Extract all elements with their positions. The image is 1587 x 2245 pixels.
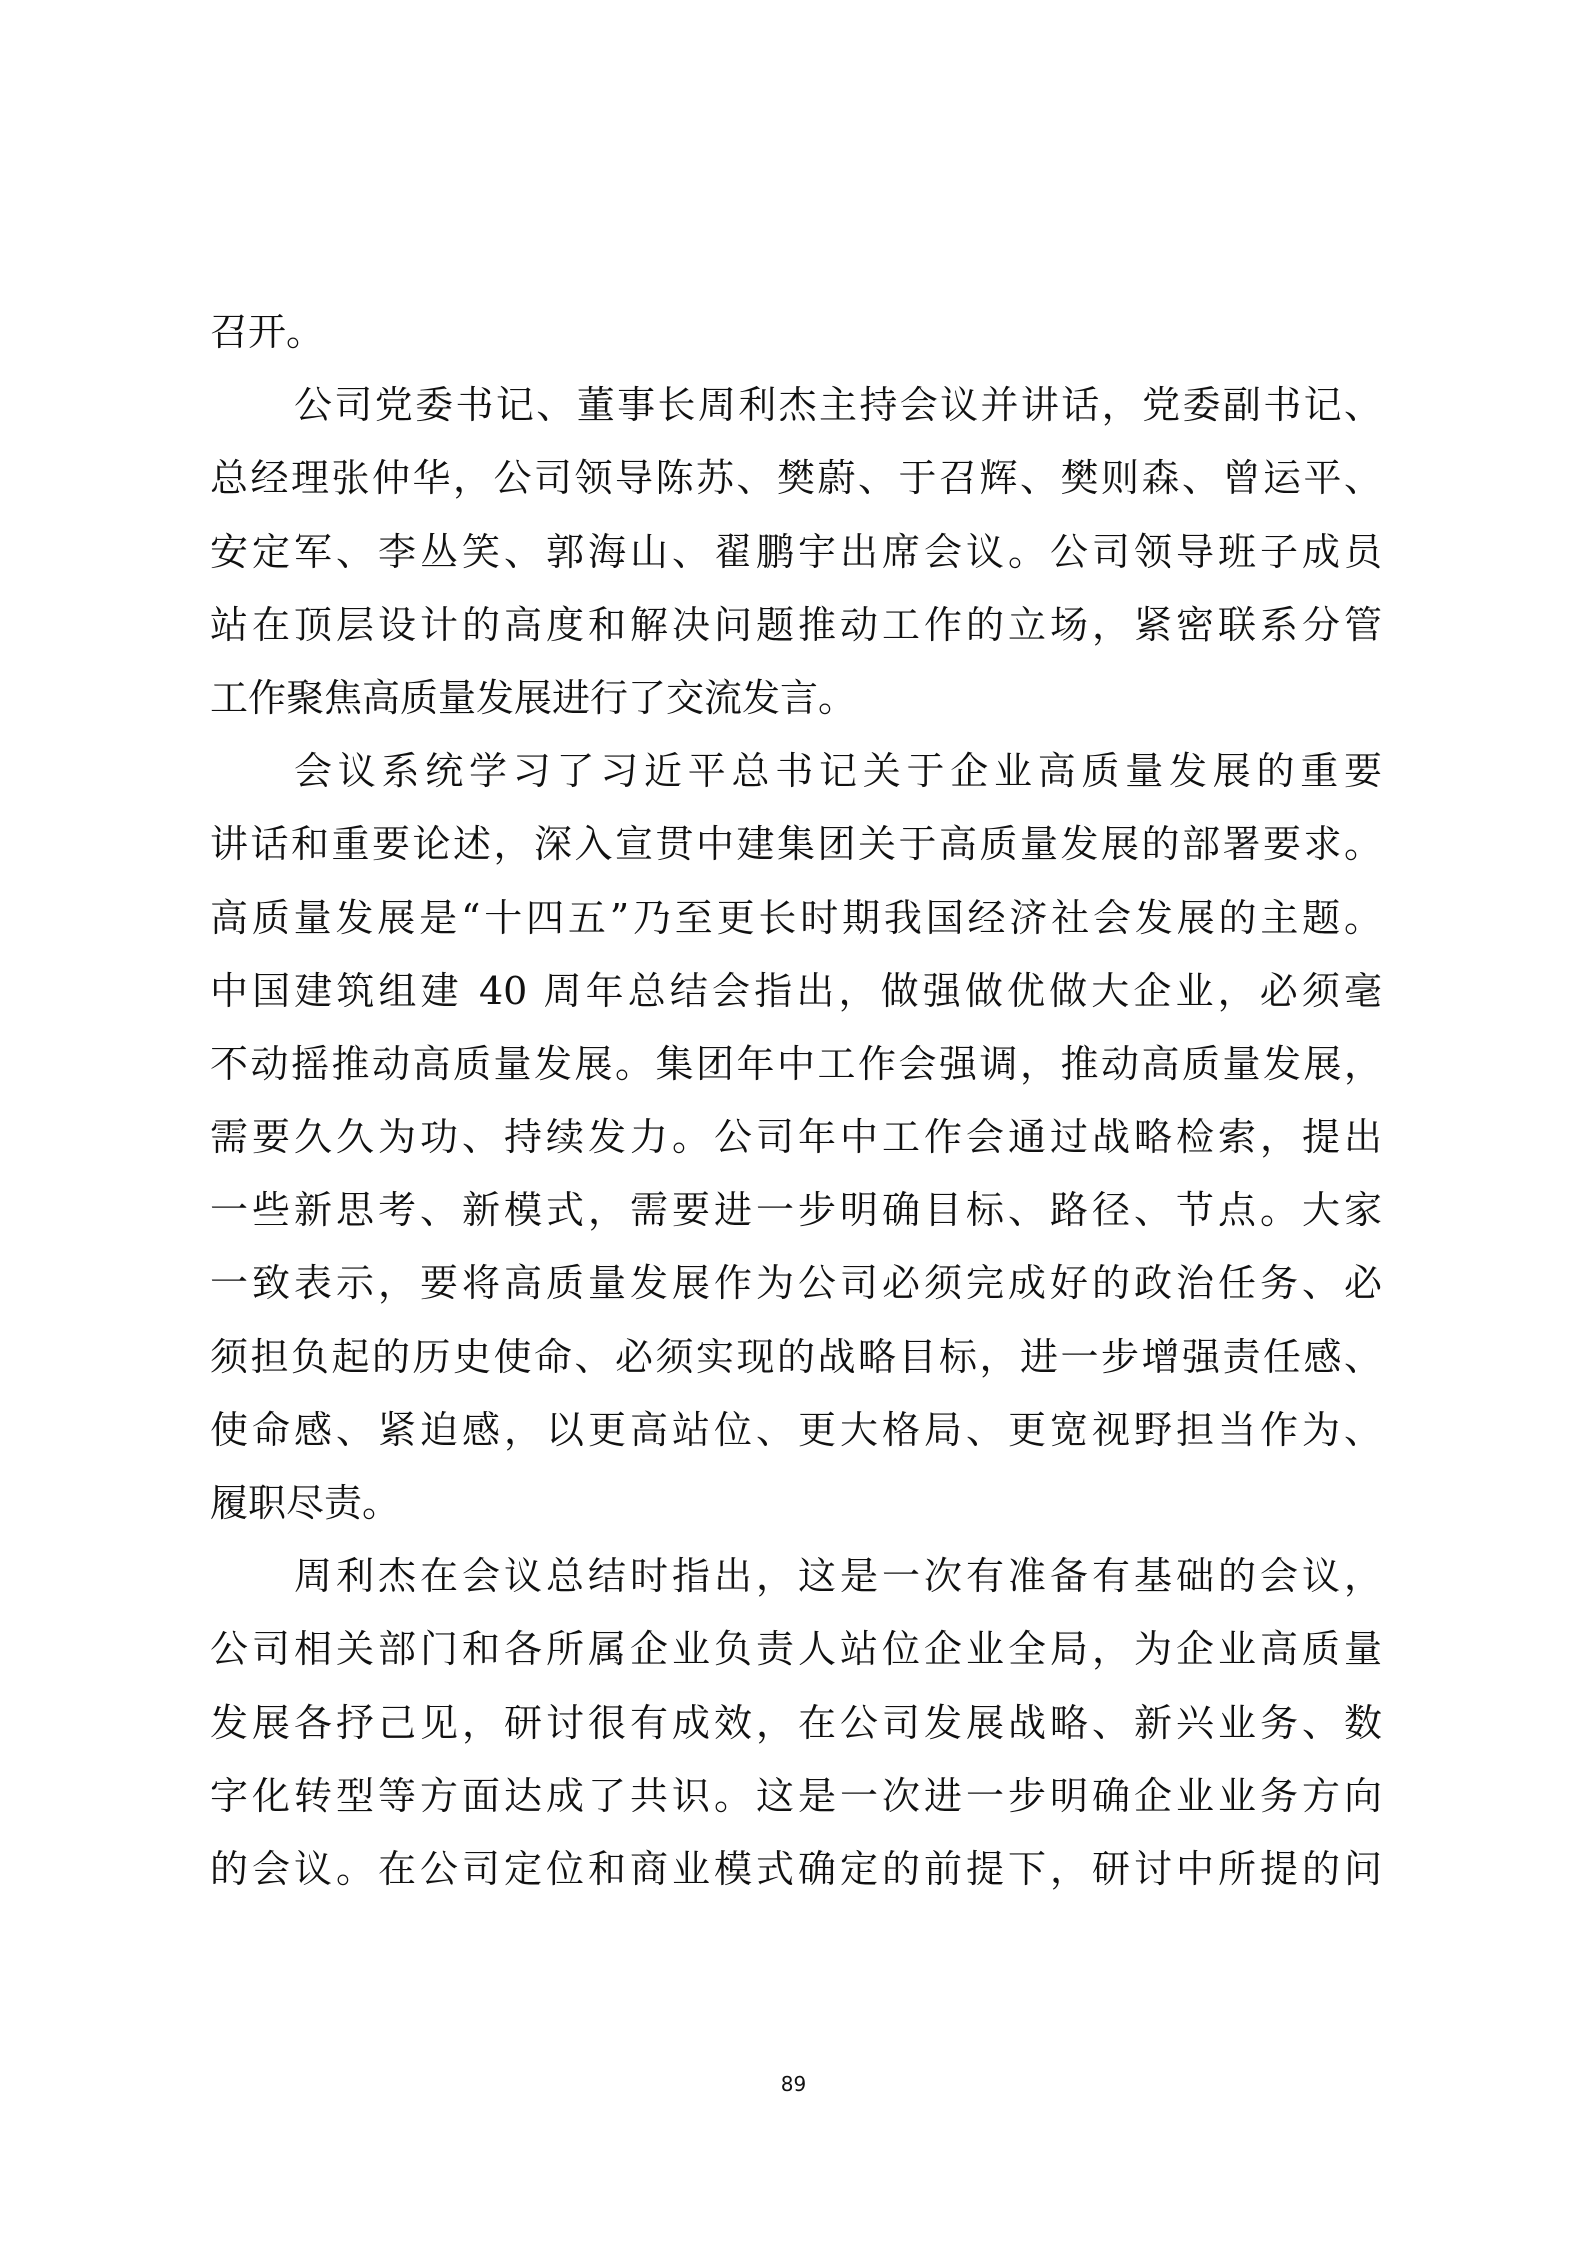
text-line: 字化转型等方面达成了共识。这是一次进一步明确企业业务方向 bbox=[210, 1760, 1382, 1833]
text-line: 会议系统学习了习近平总书记关于企业高质量发展的重要 bbox=[210, 735, 1382, 808]
text-line: 发展各抒己见，研讨很有成效，在公司发展战略、新兴业务、数 bbox=[210, 1687, 1382, 1760]
text-line: 公司党委书记、董事长周利杰主持会议并讲话，党委副书记、 bbox=[210, 369, 1382, 442]
text-line: 公司相关部门和各所属企业负责人站位企业全局，为企业高质量 bbox=[210, 1613, 1382, 1686]
text-line: 总经理张仲华，公司领导陈苏、樊蔚、于召辉、樊则森、曾运平、 bbox=[210, 442, 1382, 515]
text-line: 中国建筑组建 40 周年总结会指出，做强做优做大企业，必须毫 bbox=[210, 955, 1382, 1028]
text-line: 须担负起的历史使命、必须实现的战略目标，进一步增强责任感、 bbox=[210, 1321, 1382, 1394]
text-line: 安定军、李丛笑、郭海山、翟鹏宇出席会议。公司领导班子成员 bbox=[210, 516, 1382, 589]
text-line: 使命感、紧迫感，以更高站位、更大格局、更宽视野担当作为、 bbox=[210, 1394, 1382, 1467]
text-line: 一些新思考、新模式，需要进一步明确目标、路径、节点。大家 bbox=[210, 1174, 1382, 1247]
text-line: 高质量发展是“十四五”乃至更长时期我国经济社会发展的主题。 bbox=[210, 882, 1382, 955]
text-line: 召开。 bbox=[210, 296, 1382, 369]
document-page: 召开。 公司党委书记、董事长周利杰主持会议并讲话，党委副书记、 总经理张仲华，公… bbox=[0, 0, 1587, 2245]
text-line: 的会议。在公司定位和商业模式确定的前提下，研讨中所提的问 bbox=[210, 1833, 1382, 1906]
text-line: 站在顶层设计的高度和解决问题推动工作的立场，紧密联系分管 bbox=[210, 589, 1382, 662]
text-line: 一致表示，要将高质量发展作为公司必须完成好的政治任务、必 bbox=[210, 1247, 1382, 1320]
text-line: 需要久久为功、持续发力。公司年中工作会通过战略检索，提出 bbox=[210, 1101, 1382, 1174]
page-number: 89 bbox=[0, 2072, 1587, 2096]
text-line: 周利杰在会议总结时指出，这是一次有准备有基础的会议， bbox=[210, 1540, 1382, 1613]
text-line: 不动摇推动高质量发展。集团年中工作会强调，推动高质量发展， bbox=[210, 1028, 1382, 1101]
text-line: 讲话和重要论述，深入宣贯中建集团关于高质量发展的部署要求。 bbox=[210, 808, 1382, 881]
text-line: 履职尽责。 bbox=[210, 1467, 1382, 1540]
body-text: 召开。 公司党委书记、董事长周利杰主持会议并讲话，党委副书记、 总经理张仲华，公… bbox=[210, 296, 1382, 1906]
text-line: 工作聚焦高质量发展进行了交流发言。 bbox=[210, 662, 1382, 735]
